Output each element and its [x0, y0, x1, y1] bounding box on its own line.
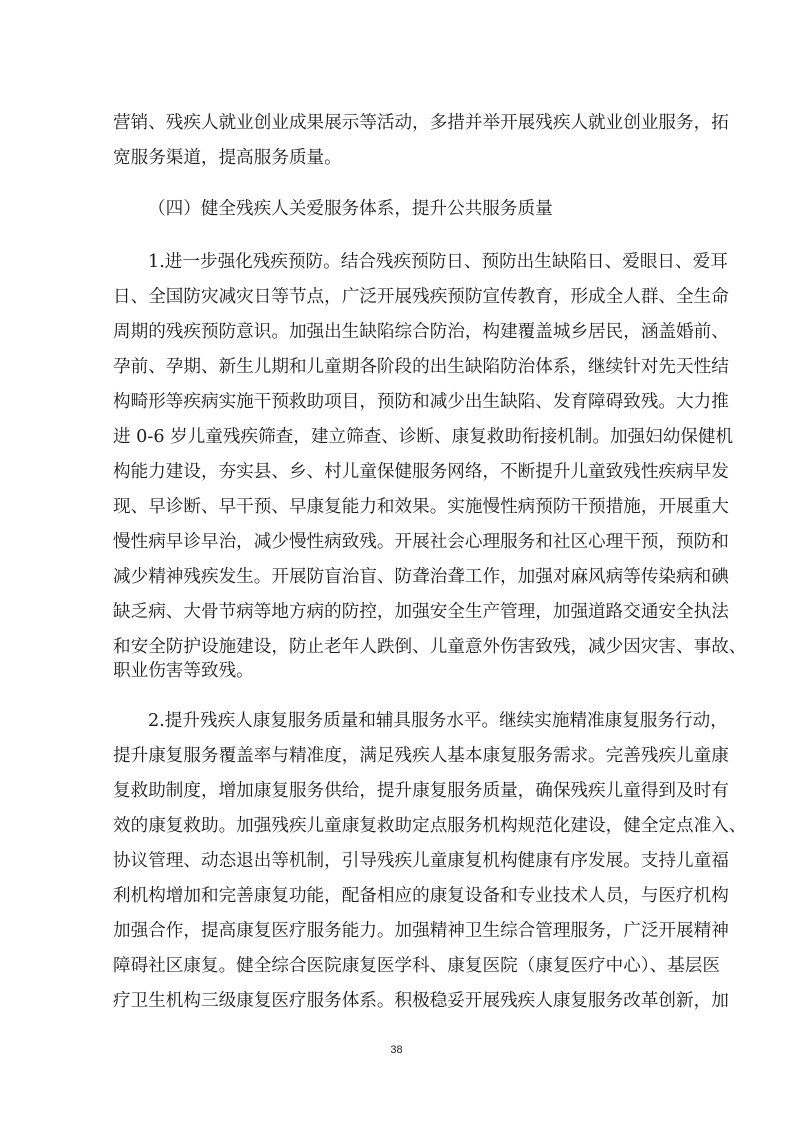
continuation-line: 宽服务渠道，提高服务质量。 — [113, 147, 681, 169]
paragraph-line: 慢性病早诊早治，减少慢性病致残。开展社会心理服务和社区心理干预，预防和 — [113, 531, 681, 553]
paragraph-line: 障碍社区康复。健全综合医院康复医学科、康复医院（康复医疗中心）、基层医 — [113, 955, 681, 977]
paragraph-line: 利机构增加和完善康复功能，配备相应的康复设备和专业技术人员，与医疗机构 — [113, 885, 681, 907]
paragraph-line: 构畸形等疾病实施干预救助项目，预防和减少出生缺陷、发育障碍致残。大力推 — [113, 391, 681, 413]
paragraph-line: 日、全国防灾减灾日等节点，广泛开展残疾预防宣传教育，形成全人群、全生命 — [113, 286, 681, 308]
document-page: 营销、残疾人就业创业成果展示等活动，多措并举开展残疾人就业创业服务，拓 宽服务渠… — [0, 0, 793, 1122]
paragraph-line: 周期的残疾预防意识。加强出生缺陷综合防治，构建覆盖城乡居民，涵盖婚前、 — [113, 321, 681, 343]
continuation-line: 营销、残疾人就业创业成果展示等活动，多措并举开展残疾人就业创业服务，拓 — [113, 112, 681, 134]
paragraph-line: 协议管理、动态退出等机制，引导残疾儿童康复机构健康有序发展。支持儿童福 — [113, 850, 681, 872]
paragraph-line: 复救助制度，增加康复服务供给，提升康复服务质量，确保残疾儿童得到及时有 — [113, 780, 681, 802]
paragraph-line: 构能力建设，夯实县、乡、村儿童保健服务网络，不断提升儿童致残性疾病早发 — [113, 461, 681, 483]
paragraph-line: 减少精神残疾发生。开展防盲治盲、防聋治聋工作，加强对麻风病等传染病和碘 — [113, 566, 681, 588]
paragraph-line: 1.进一步强化残疾预防。结合残疾预防日、预防出生缺陷日、爱眼日、爱耳 — [148, 251, 681, 273]
paragraph-line: 效的康复救助。加强残疾儿童康复救助定点服务机构规范化建设，健全定点准入、 — [113, 815, 681, 837]
paragraph-line: 和安全防护设施建设，防止老年人跌倒、儿童意外伤害致残，减少因灾害、事故、 — [113, 636, 681, 658]
paragraph-line: 提升康复服务覆盖率与精准度，满足残疾人基本康复服务需求。完善残疾儿童康 — [113, 745, 681, 767]
paragraph-line: 现、早诊断、早干预、早康复能力和效果。实施慢性病预防干预措施，开展重大 — [113, 496, 681, 518]
paragraph-line: 进 0-6 岁儿童残疾筛查，建立筛查、诊断、康复救助衔接机制。加强妇幼保健机 — [113, 426, 681, 448]
paragraph-line: 2.提升残疾人康复服务质量和辅具服务水平。继续实施精准康复服务行动， — [148, 710, 681, 732]
paragraph-line: 加强合作，提高康复医疗服务能力。加强精神卫生综合管理服务，广泛开展精神 — [113, 920, 681, 942]
paragraph-line: 缺乏病、大骨节病等地方病的防控，加强安全生产管理，加强道路交通安全执法 — [113, 601, 681, 623]
paragraph-line: 职业伤害等致残。 — [113, 660, 681, 682]
paragraph-line: 孕前、孕期、新生儿期和儿童期各阶段的出生缺陷防治体系，继续针对先天性结 — [113, 356, 681, 378]
page-number: 38 — [0, 1044, 793, 1056]
section-heading: （四）健全残疾人关爱服务体系，提升公共服务质量 — [148, 198, 553, 220]
paragraph-line: 疗卫生机构三级康复医疗服务体系。积极稳妥开展残疾人康复服务改革创新，加 — [113, 990, 681, 1012]
